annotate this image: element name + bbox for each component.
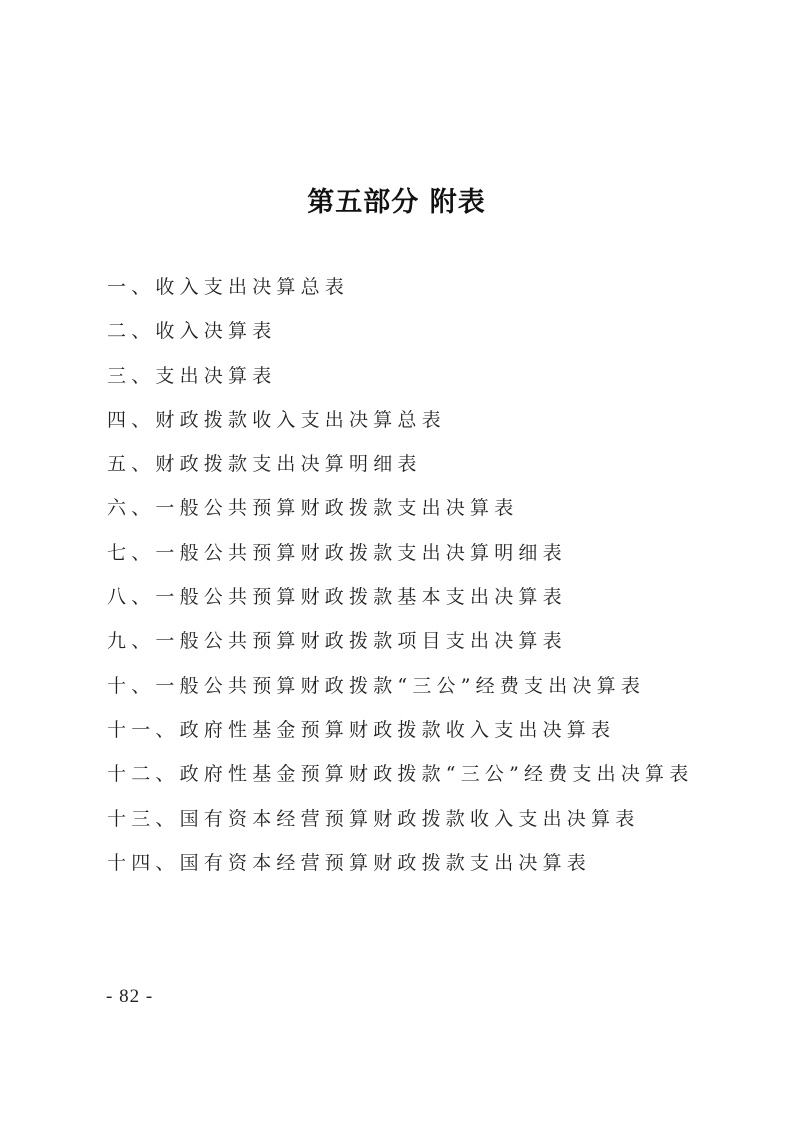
list-item: 十一、政府性基金预算财政拨款收入支出决算表 bbox=[107, 713, 693, 757]
list-item: 二、收入决算表 bbox=[107, 314, 693, 358]
list-item: 九、一般公共预算财政拨款项目支出决算表 bbox=[107, 624, 693, 668]
list-item: 十四、国有资本经营预算财政拨款支出决算表 bbox=[107, 846, 693, 890]
list-item: 七、一般公共预算财政拨款支出决算明细表 bbox=[107, 536, 693, 580]
appendix-table-list: 一、收入支出决算总表 二、收入决算表 三、支出决算表 四、财政拨款收入支出决算总… bbox=[107, 270, 693, 890]
list-item: 四、财政拨款收入支出决算总表 bbox=[107, 403, 693, 447]
list-item: 六、一般公共预算财政拨款支出决算表 bbox=[107, 491, 693, 535]
list-item: 十二、政府性基金预算财政拨款“三公”经费支出决算表 bbox=[107, 757, 693, 801]
list-item: 十、一般公共预算财政拨款“三公”经费支出决算表 bbox=[107, 669, 693, 713]
document-page: 第五部分 附表 一、收入支出决算总表 二、收入决算表 三、支出决算表 四、财政拨… bbox=[0, 0, 793, 1122]
list-item: 三、支出决算表 bbox=[107, 359, 693, 403]
page-number: - 82 - bbox=[106, 986, 153, 1008]
list-item: 十三、国有资本经营预算财政拨款收入支出决算表 bbox=[107, 802, 693, 846]
list-item: 五、财政拨款支出决算明细表 bbox=[107, 447, 693, 491]
page-title: 第五部分 附表 bbox=[0, 183, 793, 223]
list-item: 八、一般公共预算财政拨款基本支出决算表 bbox=[107, 580, 693, 624]
list-item: 一、收入支出决算总表 bbox=[107, 270, 693, 314]
